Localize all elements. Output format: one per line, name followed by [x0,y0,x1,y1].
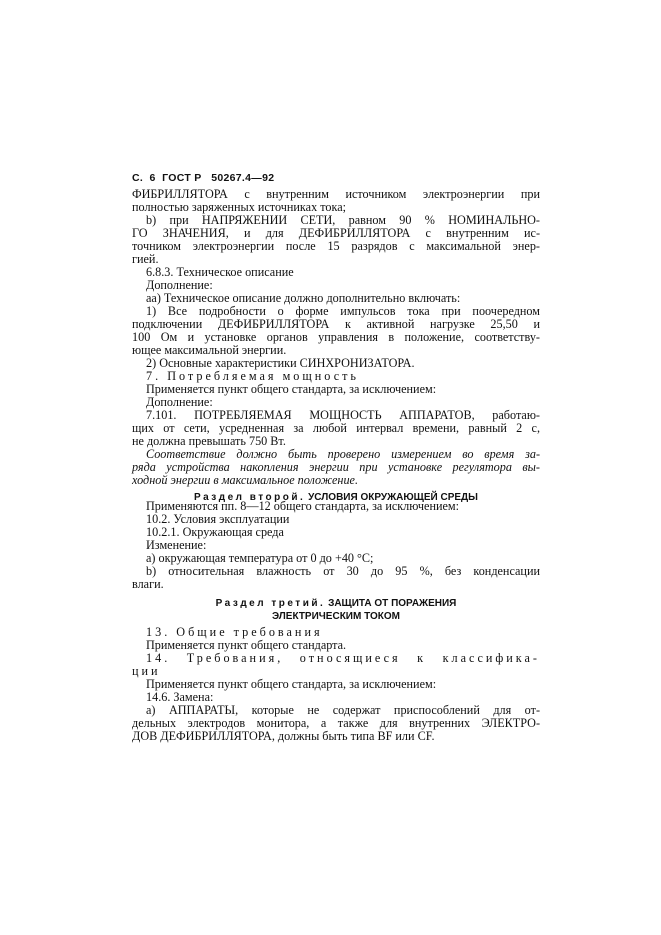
section-title: ЭЛЕКТРИЧЕСКИМ ТОКОМ [272,611,400,622]
page-header: С. 6 ГОСТ Р 50267.4—92 [132,172,274,184]
text-line: ходной энергии в максимальное положение. [132,474,540,487]
section-title: УСЛОВИЯ ОКРУЖАЮЩЕЙ СРЕДЫ [308,492,478,503]
section-heading-3-line2: ЭЛЕКТРИЧЕСКИМ ТОКОМ [132,610,540,623]
text-line: b) относительная влажность от 30 до 95 %… [132,565,540,578]
section-prefix: Раздел третий. [216,598,326,609]
text-line: влаги. [132,578,540,591]
text-line: 14. Требования, относящиеся к классифика… [132,652,540,665]
page-number: 6 [150,172,156,184]
page-prefix: С. [132,172,143,184]
text-line: ДОВ ДЕФИБРИЛЛЯТОРА, должны быть типа BF … [132,730,540,743]
section-heading-2: Раздел второй. УСЛОВИЯ ОКРУЖАЮЩЕЙ СРЕДЫ [132,491,540,504]
section-prefix: Раздел второй. [194,492,305,503]
section-title: ЗАЩИТА ОТ ПОРАЖЕНИЯ [328,598,456,609]
section-heading-3: Раздел третий. ЗАЩИТА ОТ ПОРАЖЕНИЯ [132,597,540,610]
text-line: точником электроэнергии после 15 разрядо… [132,240,540,253]
standard-number: 50267.4—92 [211,172,274,184]
standard-code: ГОСТ Р [162,172,201,184]
